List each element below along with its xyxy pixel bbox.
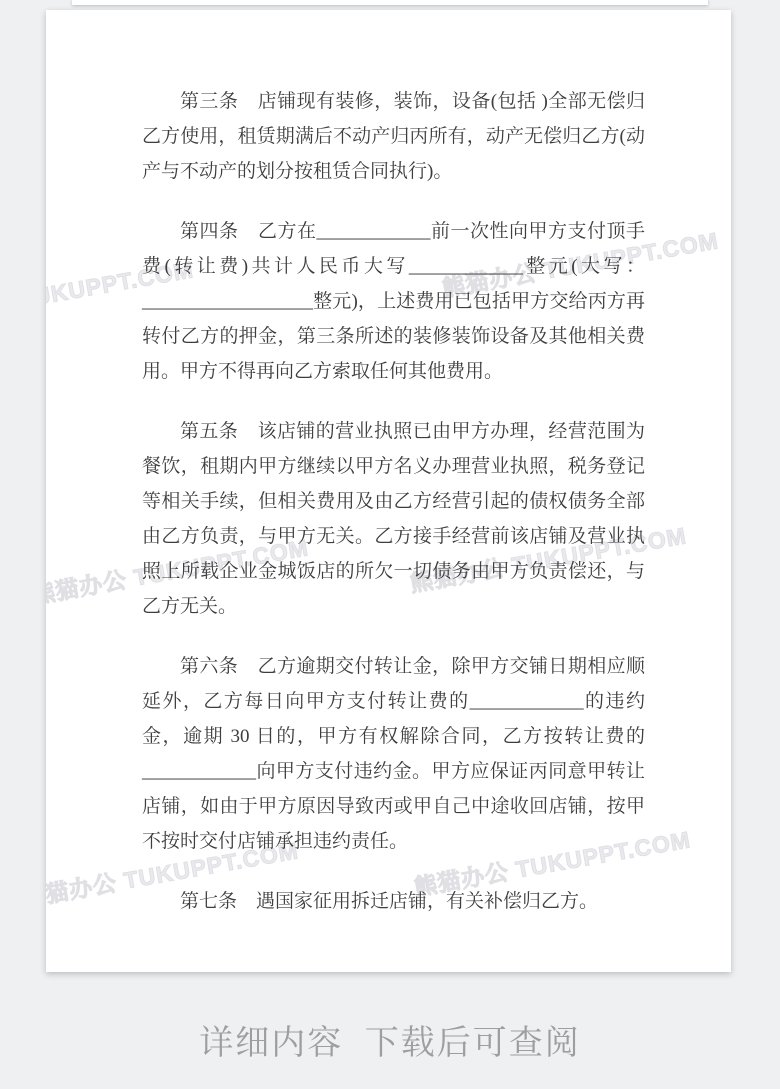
contract-clause-6: 第六条 乙方逾期交付转让金，除甲方交铺日期相应顺延外，乙方每日向甲方支付转让费的…	[142, 649, 645, 859]
footer-caption: 详细内容 下载后可查阅	[199, 1015, 580, 1064]
contract-clause-7: 第七条 遇国家征用拆迁店铺，有关补偿归乙方。	[142, 884, 645, 919]
document-page[interactable]: 熊猫办公 TUKUPPT.COM 熊猫办公 TUKUPPT.COM 熊猫办公 T…	[46, 10, 731, 972]
contract-clause-5: 第五条 该店铺的营业执照已由甲方办理，经营范围为餐饮，租期内甲方继续以甲方名义办…	[142, 414, 645, 624]
footer-band: 详细内容 下载后可查阅	[0, 990, 780, 1089]
contract-body: 第三条 店铺现有装修，装饰，设备(包括 )全部无偿归乙方使用，租赁期满后不动产归…	[142, 84, 645, 944]
contract-clause-4: 第四条 乙方在____________前一次性向甲方支付顶手费(转让费)共计人民…	[142, 214, 645, 389]
contract-clause-3: 第三条 店铺现有装修，装饰，设备(包括 )全部无偿归乙方使用，租赁期满后不动产归…	[142, 84, 645, 189]
preview-background: { "colors": { "page_background": "#eef0f…	[0, 0, 780, 1089]
previous-page-bottom-edge	[72, 0, 708, 5]
